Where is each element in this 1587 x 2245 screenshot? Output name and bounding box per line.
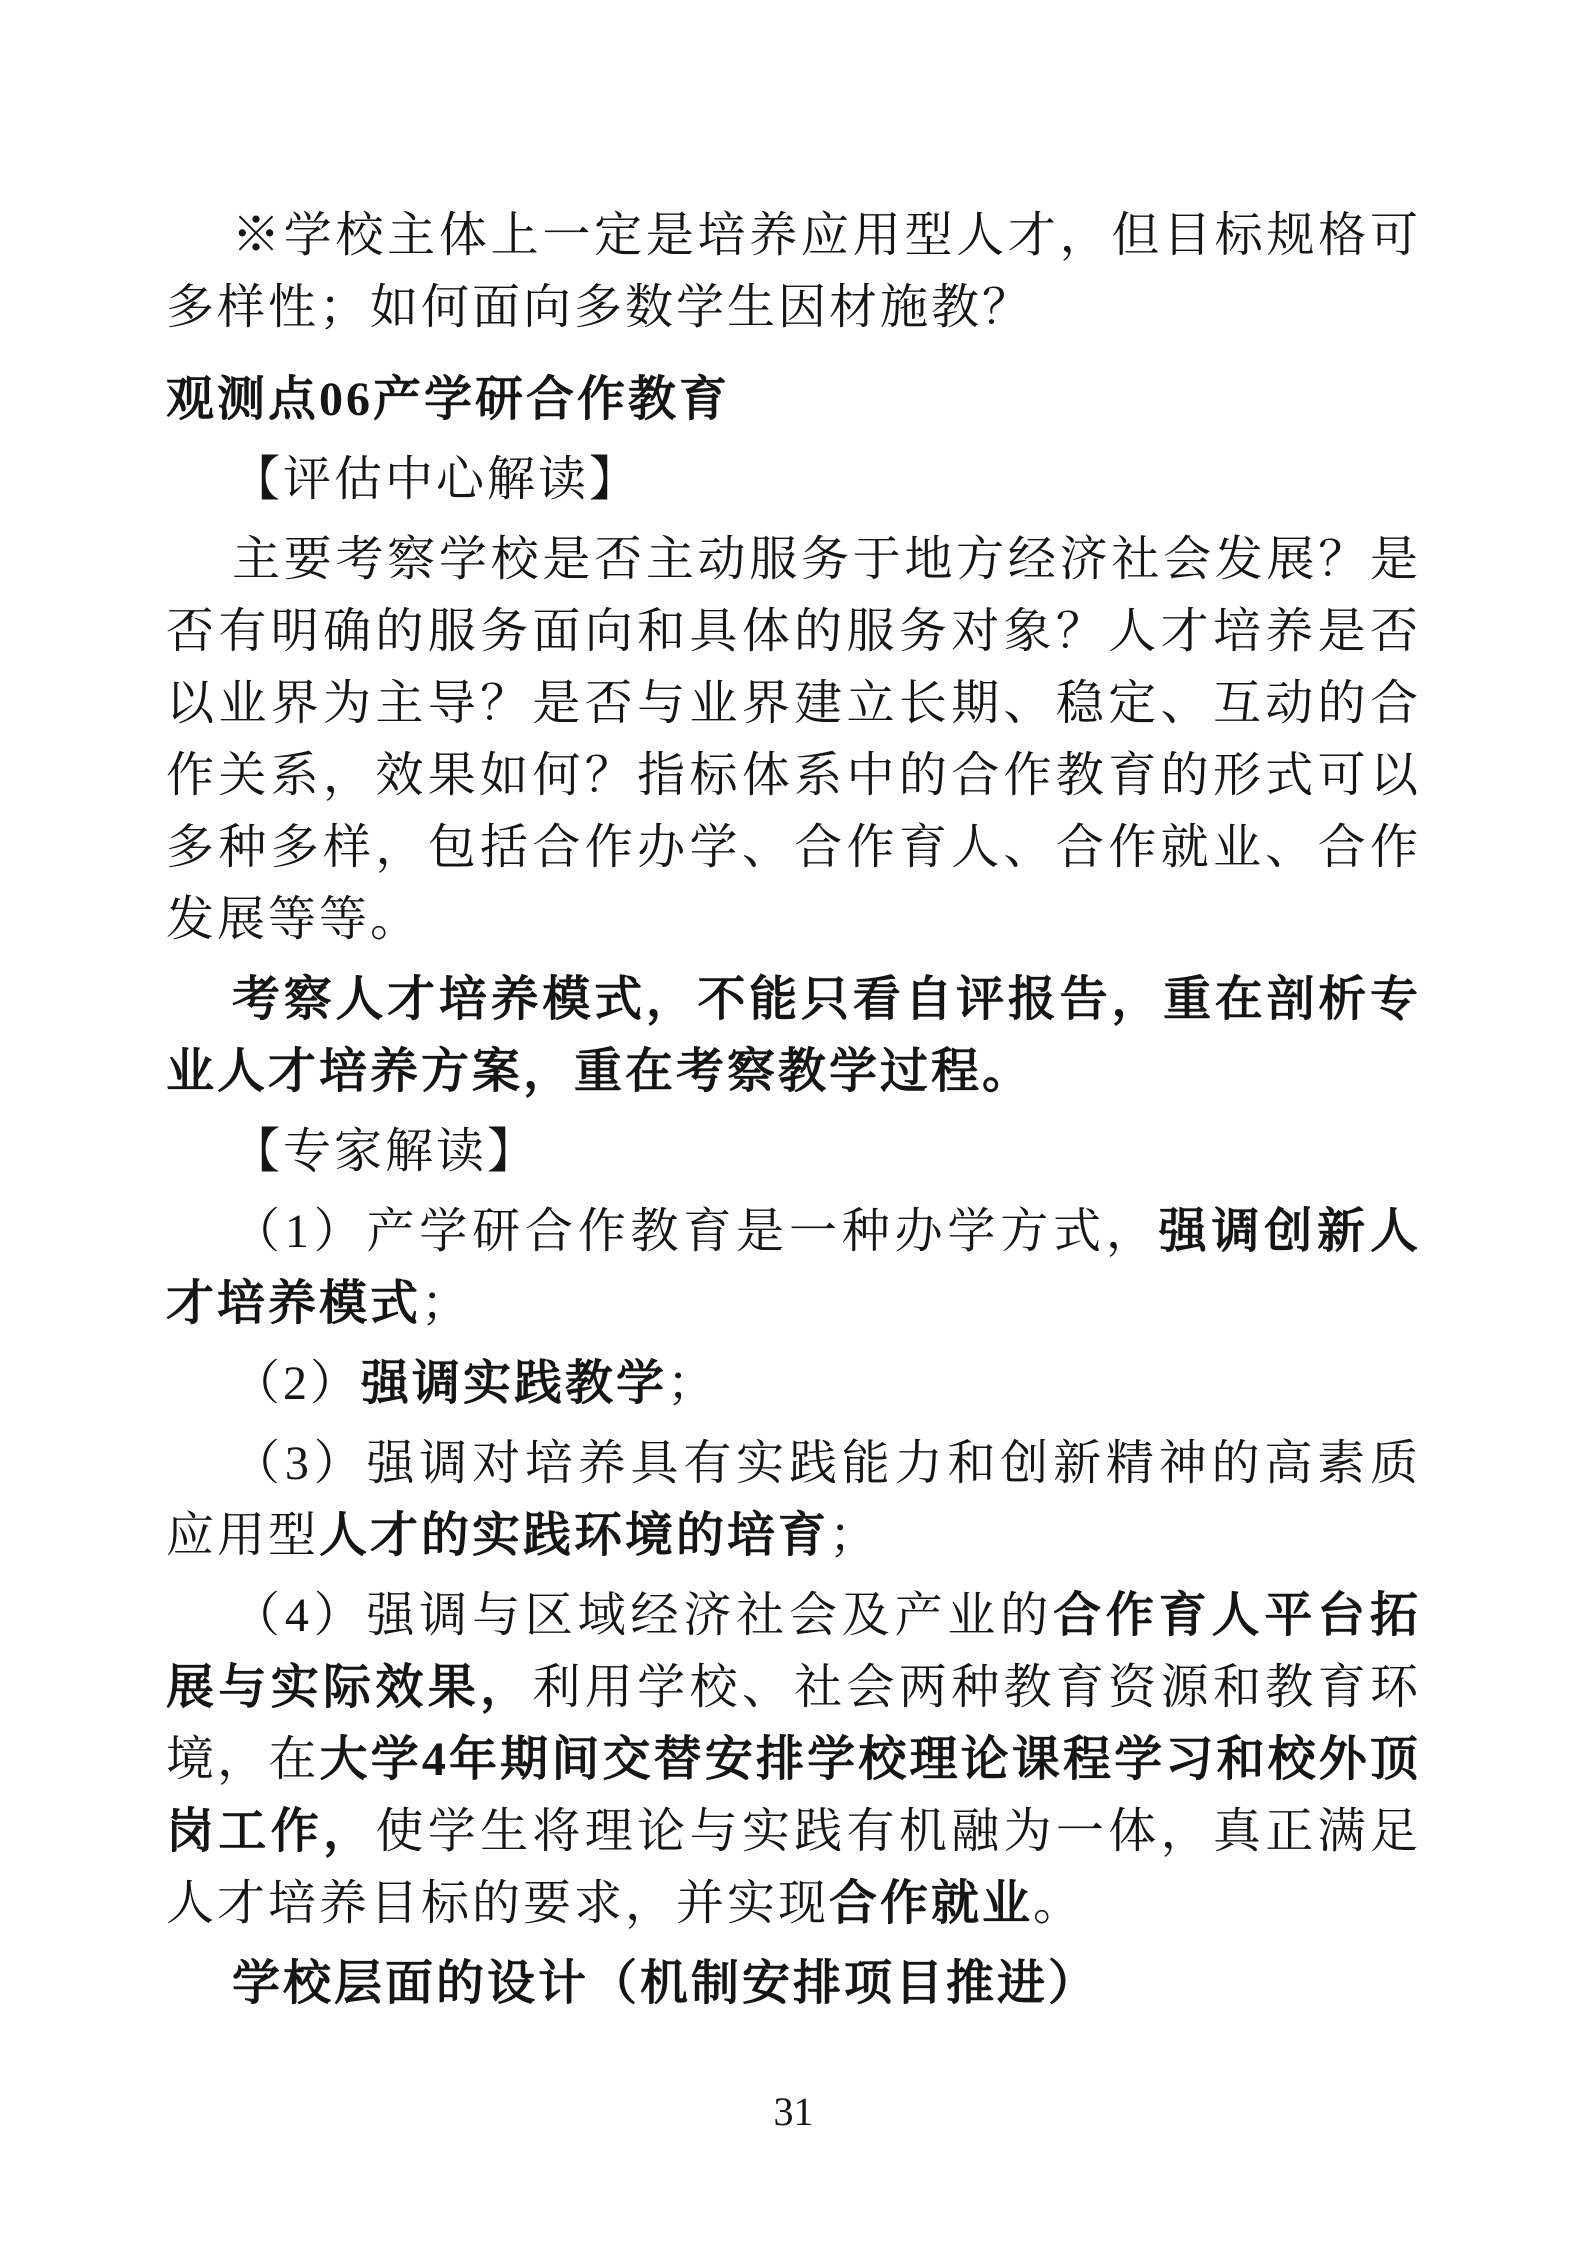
list-item-4: （4）强调与区域经济社会及产业的合作育人平台拓展与实际效果，利用学校、社会两种教…: [166, 1580, 1421, 1940]
paragraph-school-level-design: 学校层面的设计（机制安排项目推进）: [166, 1948, 1421, 2020]
page-number: 31: [0, 2088, 1587, 2136]
list-item-3: （3）强调对培养具有实践能力和创新精神的高素质应用型人才的实践环境的培育；: [166, 1428, 1421, 1572]
paragraph-note: ※学校主体上一定是培养应用型人才，但目标规格可多样性；如何面向多数学生因材施教？: [166, 200, 1421, 344]
label-expert-interpretation: 【专家解读】: [166, 1116, 1421, 1188]
item-2-punctuation: ；: [667, 1357, 718, 1410]
item-2-bold-text: 强调实践教学: [361, 1357, 667, 1410]
item-3-bold-text: 人才的实践环境的培育: [319, 1509, 829, 1562]
item-2-text: （2）: [232, 1357, 361, 1410]
item-4-bold-text-3: 合作就业: [829, 1877, 1033, 1930]
item-1-punctuation: ；: [421, 1277, 472, 1330]
paragraph-evaluation-2: 考察人才培养模式，不能只看自评报告，重在剖析专业人才培养方案，重在考察教学过程。: [166, 964, 1421, 1108]
document-page: ※学校主体上一定是培养应用型人才，但目标规格可多样性；如何面向多数学生因材施教？…: [0, 0, 1587, 2245]
item-4-punctuation: 。: [1033, 1877, 1084, 1930]
list-item-2: （2）强调实践教学；: [166, 1348, 1421, 1420]
section-heading-observation-point-06: 观测点06产学研合作教育: [166, 364, 1421, 436]
item-4-text-1: （4）强调与区域经济社会及产业的: [232, 1589, 1053, 1642]
document-body: ※学校主体上一定是培养应用型人才，但目标规格可多样性；如何面向多数学生因材施教？…: [166, 200, 1421, 2028]
item-1-text: （1）产学研合作教育是一种办学方式，: [232, 1205, 1159, 1258]
item-3-punctuation: ；: [829, 1509, 880, 1562]
label-evaluation-center-interpretation: 【评估中心解读】: [166, 444, 1421, 516]
paragraph-evaluation-1: 主要考察学校是否主动服务于地方经济社会发展？是否有明确的服务面向和具体的服务对象…: [166, 524, 1421, 956]
list-item-1: （1）产学研合作教育是一种办学方式，强调创新人才培养模式；: [166, 1196, 1421, 1340]
